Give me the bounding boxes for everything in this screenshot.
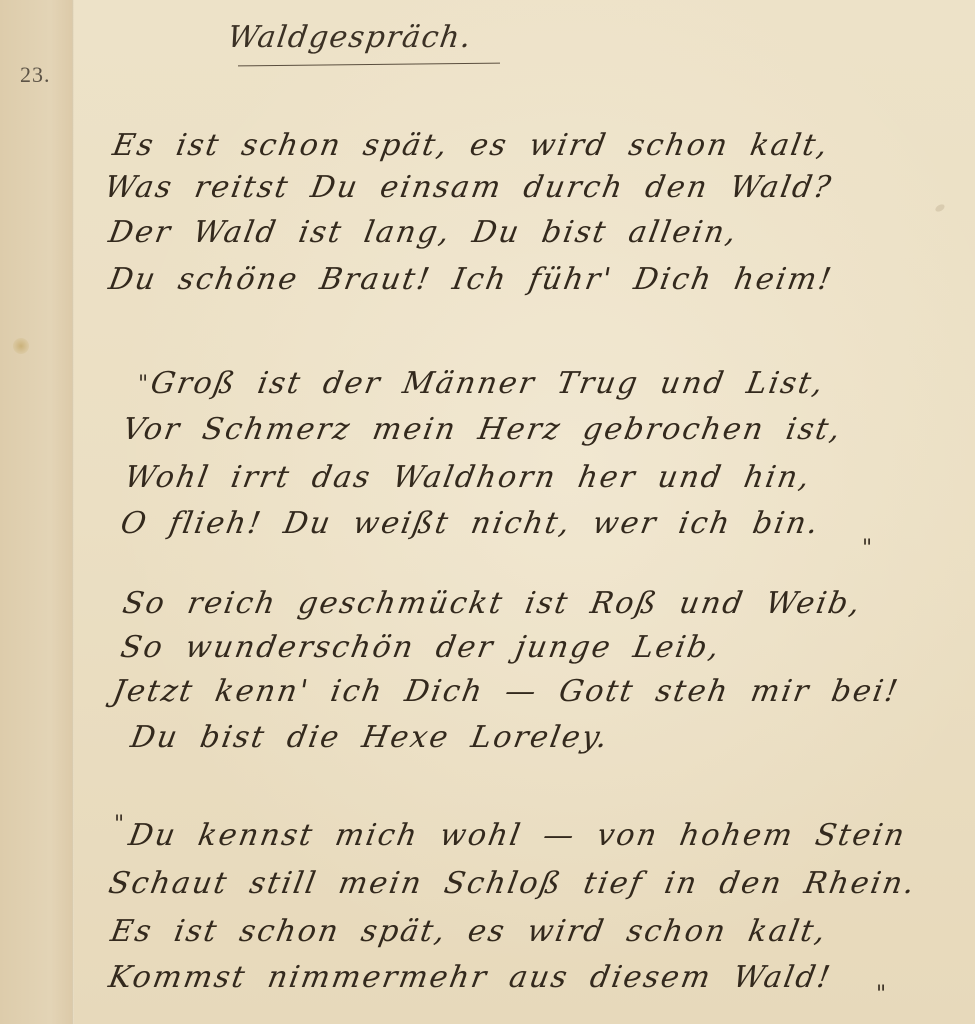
verse-line: Jetzt kenn' ich Dich — Gott steh mir bei… (110, 674, 902, 709)
verse-line: Der Wald ist lang, Du bist allein, (106, 215, 741, 250)
verse-line: Schaut still mein Schloß tief in den Rhe… (106, 866, 919, 901)
verse-line: So wunderschön der junge Leib, (118, 630, 724, 665)
verse-line: Wohl irrt das Waldhorn her und hin, (122, 460, 814, 495)
page-fold-line (72, 0, 74, 1024)
verse-line: Es ist schon spät, es wird schon kalt, (110, 128, 832, 163)
verse-line: Vor Schmerz mein Herz gebrochen ist, (120, 412, 845, 447)
closing-quote: " (876, 982, 886, 1007)
verse-line: Es ist schon spät, es wird schon kalt, (108, 914, 830, 949)
paper-stain (13, 338, 29, 354)
verse-line: Kommst nimmermehr aus diesem Wald! (106, 960, 835, 995)
verse-line: Du bist die Hexe Loreley. (128, 720, 612, 755)
verse-line: Du schöne Braut! Ich führ' Dich heim! (106, 262, 836, 297)
verse-line: O flieh! Du weißt nicht, wer ich bin. (118, 506, 823, 541)
closing-quote: " (862, 536, 872, 561)
opening-quote: " (138, 372, 148, 397)
verse-line: So reich geschmückt ist Roß und Weib, (120, 586, 865, 621)
poem-title: Waldgespräch. (226, 20, 475, 55)
verse-line: Was reitst Du einsam durch den Wald? (102, 170, 835, 205)
verse-line: Du kennst mich wohl — von hohem Stein (126, 818, 909, 853)
page-number: 23. (20, 62, 51, 88)
verse-line: Groß ist der Männer Trug und List, (148, 366, 828, 401)
binding-margin-strip (0, 0, 72, 1024)
opening-quote: " (114, 812, 124, 837)
